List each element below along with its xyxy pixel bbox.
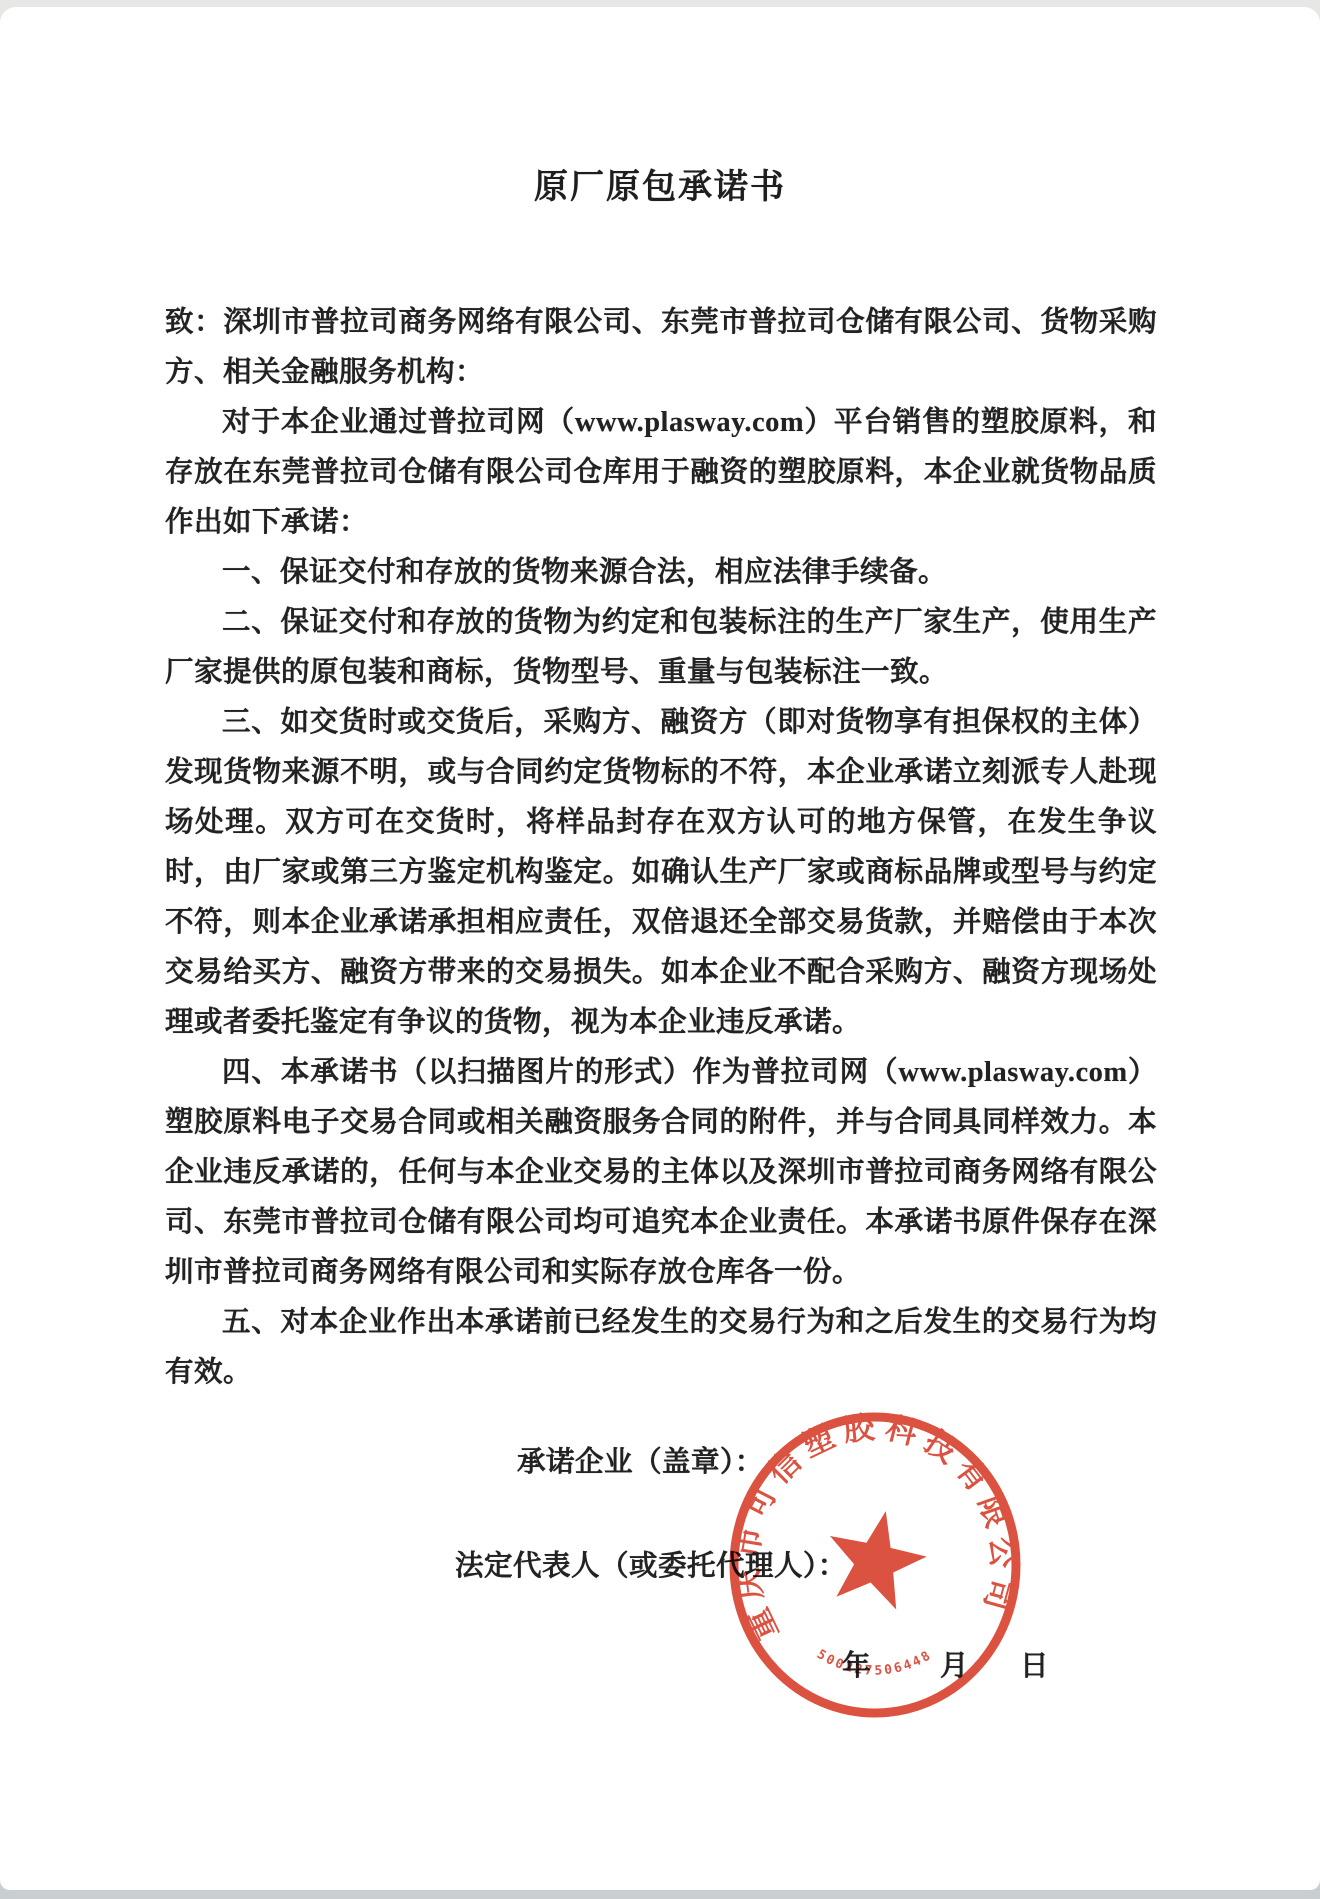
document-body: 致：深圳市普拉司商务网络有限公司、东莞市普拉司仓储有限公司、货物采购方、相关金融…: [165, 298, 1157, 1398]
paragraph: 致：深圳市普拉司商务网络有限公司、东莞市普拉司仓储有限公司、货物采购方、相关金融…: [165, 298, 1157, 398]
paragraph: 四、本承诺书（以扫描图片的形式）作为普拉司网（www.plasway.com）塑…: [165, 1048, 1157, 1298]
paragraph: 一、保证交付和存放的货物来源合法，相应法律手续备。: [165, 548, 1157, 598]
seal-serial-number: 500227506448: [814, 1647, 935, 1679]
seal-graphic: 重庆市可信塑胶科技有限公司 500227506448: [723, 1408, 1027, 1722]
company-seal-stamp: 重庆市可信塑胶科技有限公司 500227506448: [723, 1408, 1027, 1722]
paragraph: 五、对本企业作出本承诺前已经发生的交易行为和之后发生的交易行为均有效。: [165, 1298, 1157, 1398]
paragraph: 二、保证交付和存放的货物为约定和包装标注的生产厂家生产，使用生产厂家提供的原包装…: [165, 598, 1157, 698]
document-title: 原厂原包承诺书: [0, 165, 1320, 211]
document-page: 原厂原包承诺书 致：深圳市普拉司商务网络有限公司、东莞市普拉司仓储有限公司、货物…: [0, 7, 1320, 1890]
paragraph: 三、如交货时或交货后，采购方、融资方（即对货物享有担保权的主体）发现货物来源不明…: [165, 698, 1157, 1048]
seal-star-icon: [830, 1511, 927, 1609]
scanned-commitment-letter: { "page": { "title": "原厂原包承诺书" }, "body"…: [0, 0, 1320, 1899]
paragraph: 对于本企业通过普拉司网（www.plasway.com）平台销售的塑胶原料，和存…: [165, 398, 1157, 548]
seal-company-name: 重庆市可信塑胶科技有限公司: [729, 1409, 1021, 1646]
